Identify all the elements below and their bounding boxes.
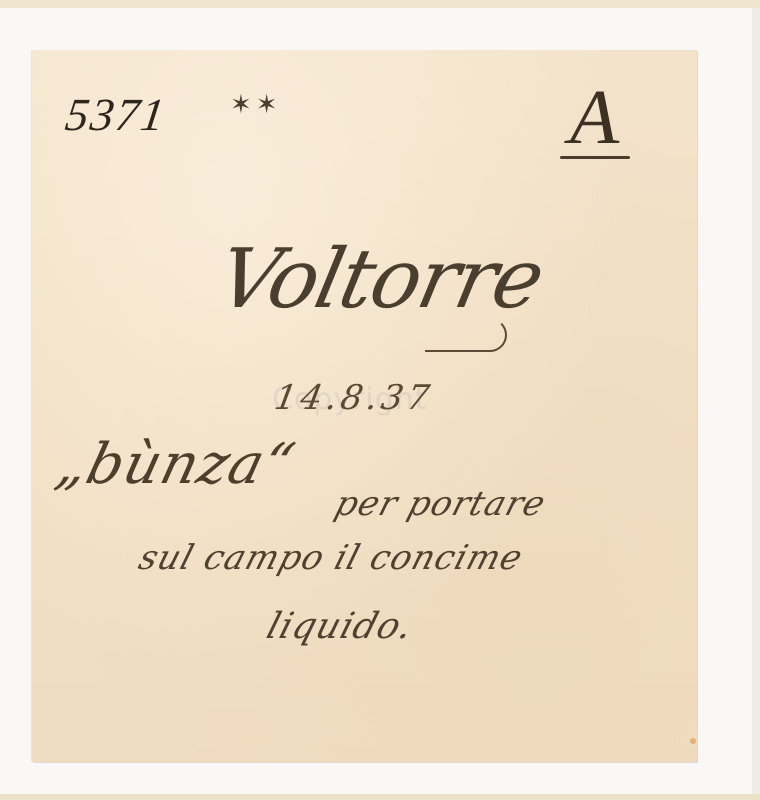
paper-stain	[690, 738, 696, 744]
catalog-number: 5371	[62, 88, 169, 141]
description-line-1: per portare	[330, 484, 550, 524]
star-icon: ✶	[230, 90, 256, 120]
star-icon: ✶	[256, 90, 282, 120]
place-name: Voltorre	[210, 232, 551, 327]
mount-top-strip	[0, 0, 760, 8]
catalog-star-marks: ✶✶	[230, 90, 282, 120]
category-underline	[560, 156, 630, 159]
description-line-3: liquido.	[262, 606, 418, 647]
mount-bottom-strip	[0, 794, 760, 800]
place-swash	[425, 318, 507, 352]
description-line-2: sul campo il concime	[134, 538, 527, 578]
mount-edge	[752, 8, 760, 794]
dialect-term: „bùnza“	[50, 432, 302, 497]
date: 14.8.37	[271, 378, 436, 418]
